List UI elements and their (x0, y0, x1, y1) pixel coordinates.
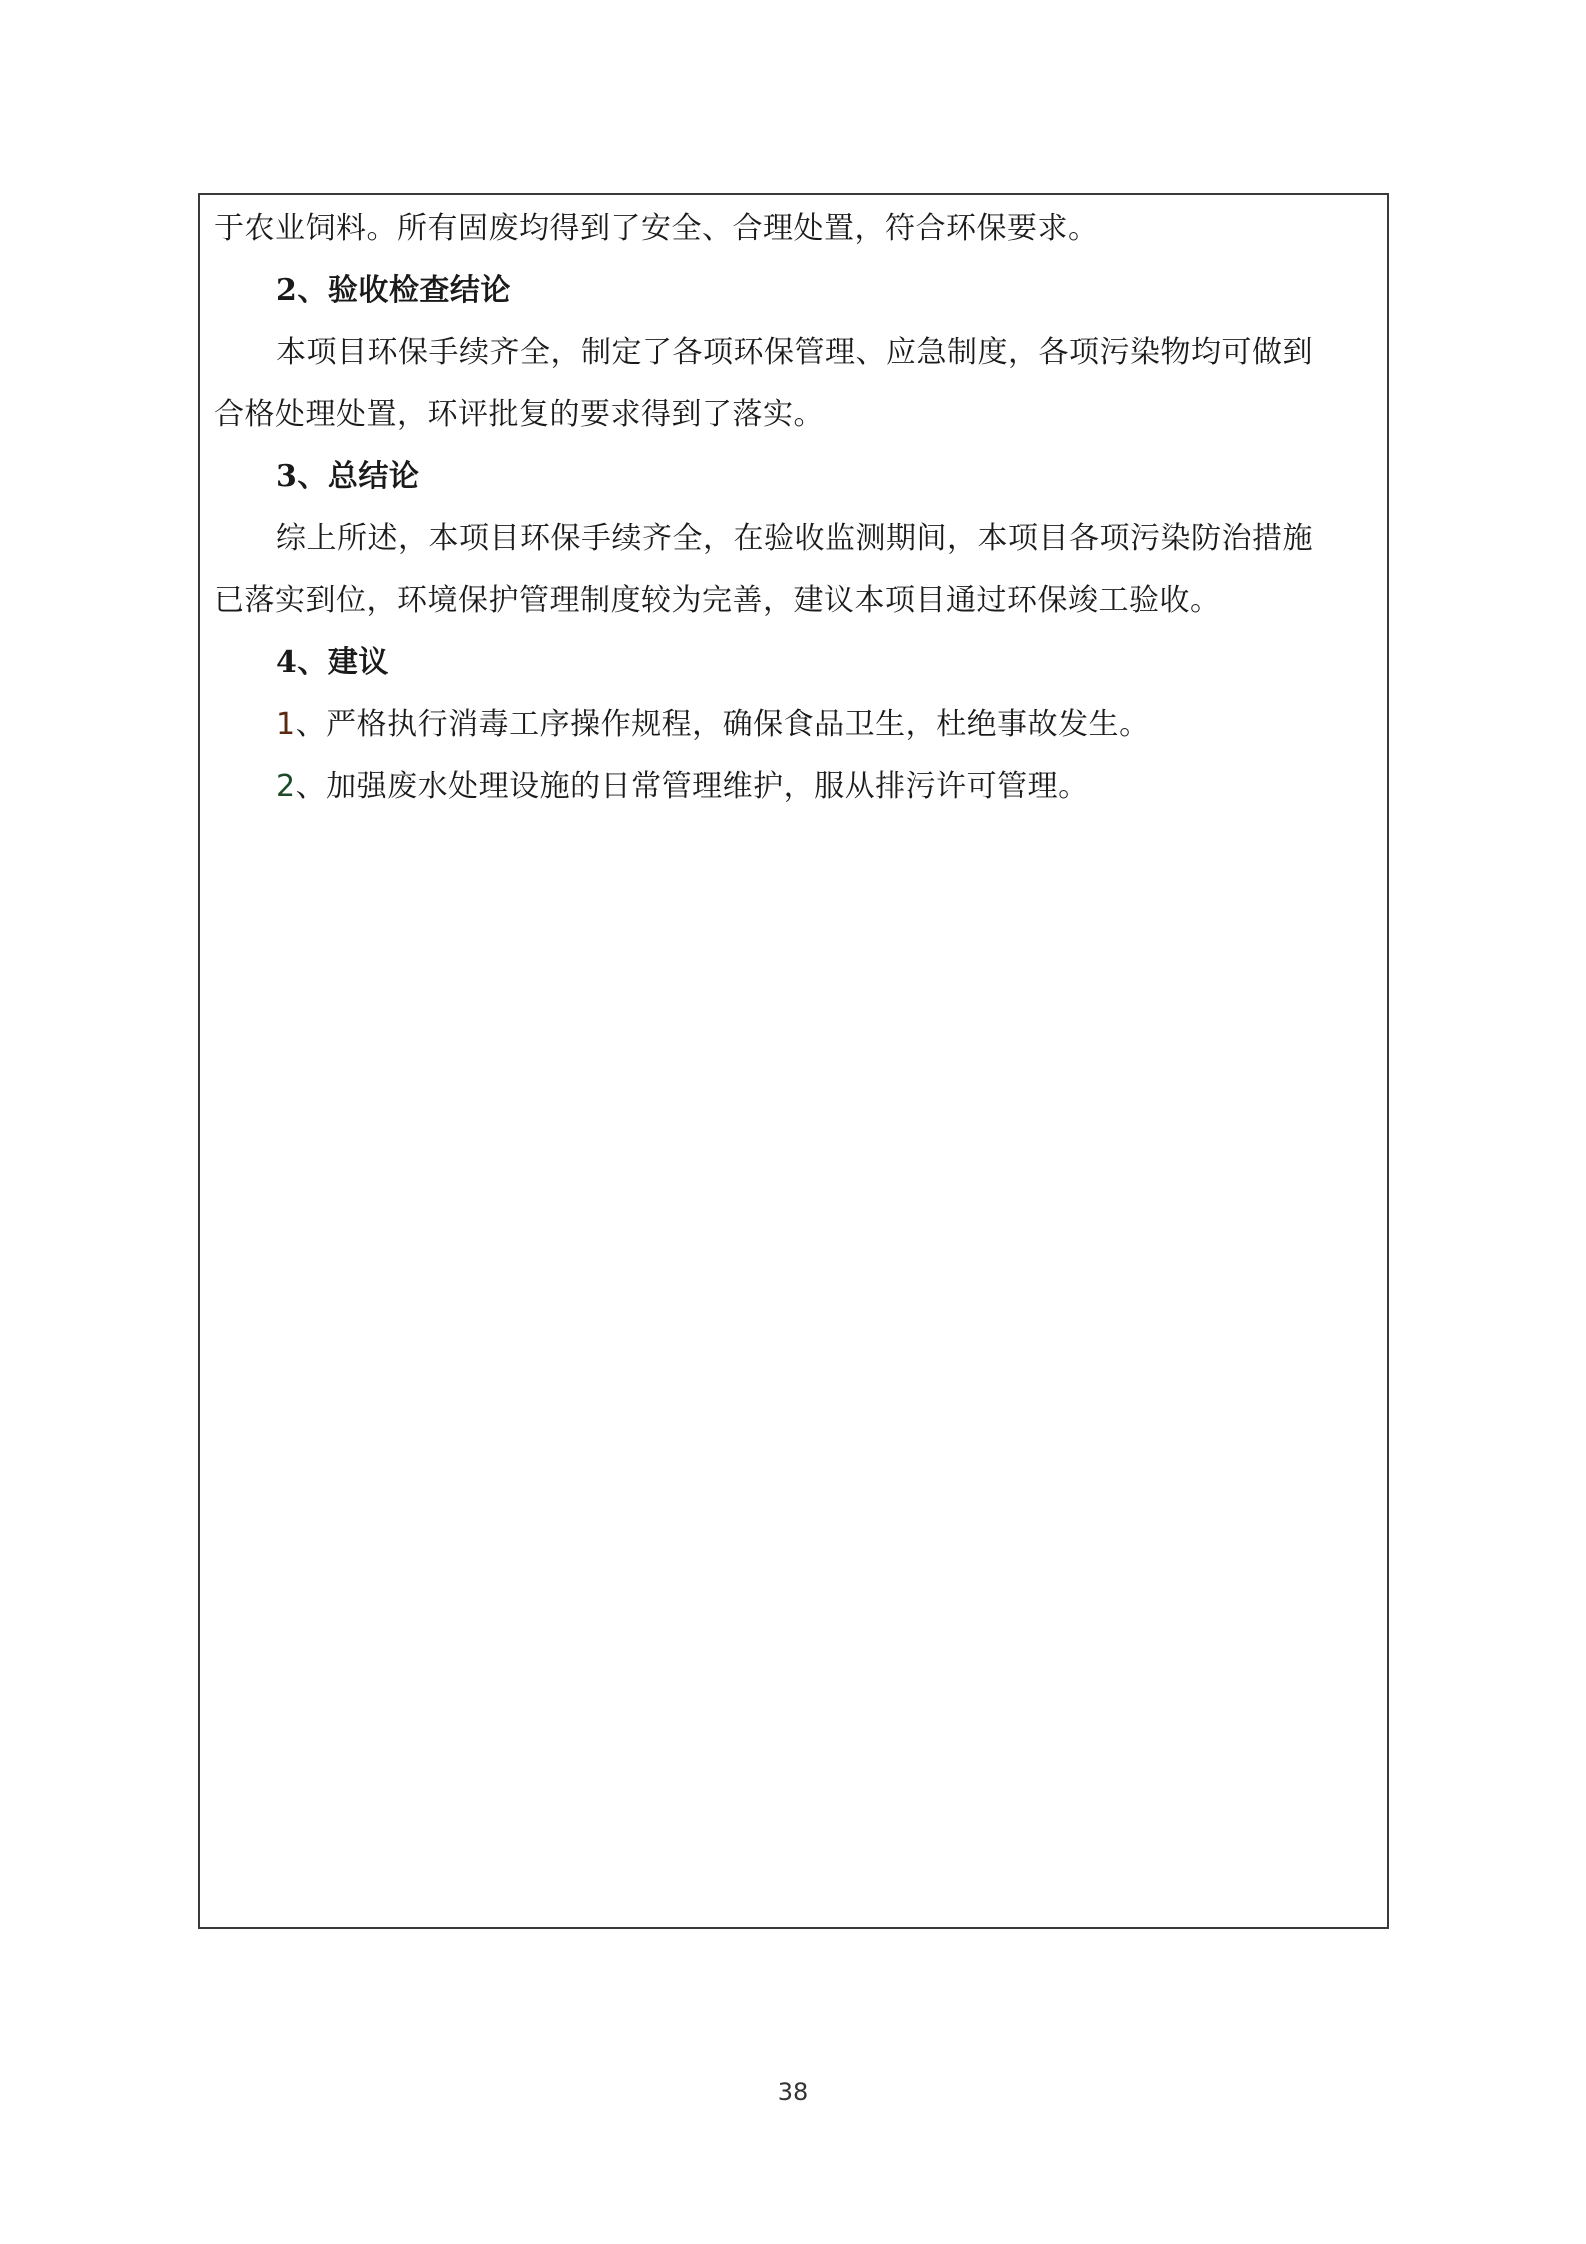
paragraph-line: 综上所述，本项目环保手续齐全，在验收监测期间，本项目各项污染防治措施 (276, 519, 1313, 559)
page-number: 38 (0, 2078, 1586, 2106)
item-text: 、加强废水处理设施的日常管理维护，服从排污许可管理。 (296, 769, 1089, 804)
paragraph-line: 已落实到位，环境保护管理制度较为完善，建议本项目通过环保竣工验收。 (214, 581, 1221, 621)
suggestion-item: 2、加强废水处理设施的日常管理维护，服从排污许可管理。 (276, 767, 1089, 807)
section-heading-suggestions: 4、建议 (276, 643, 389, 683)
paragraph-line: 合格处理处置，环评批复的要求得到了落实。 (214, 395, 824, 435)
item-number: 2 (276, 769, 296, 804)
suggestion-item: 1、严格执行消毒工序操作规程，确保食品卫生，杜绝事故发生。 (276, 705, 1150, 745)
paragraph-line: 本项目环保手续齐全，制定了各项环保管理、应急制度，各项污染物均可做到 (276, 333, 1313, 373)
content-table-cell: 于农业饲料。所有固废均得到了安全、合理处置，符合环保要求。 2、验收检查结论 本… (198, 193, 1389, 1929)
paragraph-continuation: 于农业饲料。所有固废均得到了安全、合理处置，符合环保要求。 (214, 209, 1099, 249)
section-heading-overall-conclusion: 3、总结论 (276, 457, 419, 497)
section-heading-acceptance-conclusion: 2、验收检查结论 (276, 271, 511, 311)
item-number: 1 (276, 707, 296, 742)
item-text: 、严格执行消毒工序操作规程，确保食品卫生，杜绝事故发生。 (296, 707, 1150, 742)
